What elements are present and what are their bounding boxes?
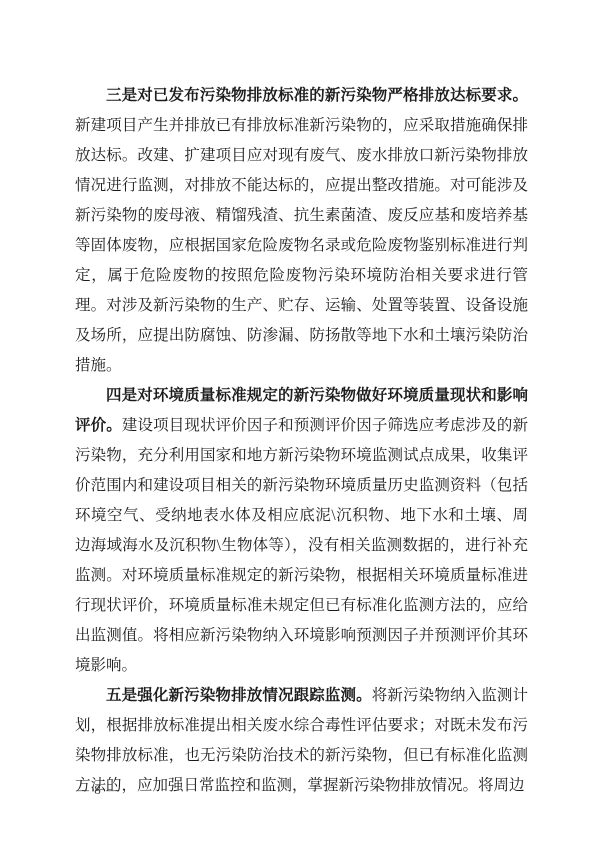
paragraph-5: 五是强化新污染物排放情况跟踪监测。将新污染物纳入监测计划，根据排放标准提出相关废… bbox=[75, 681, 528, 801]
document-page: 三是对已发布污染物排放标准的新污染物严格排放达标要求。新建项目产生并排放已有排放… bbox=[0, 0, 600, 849]
paragraph-3: 三是对已发布污染物排放标准的新污染物严格排放达标要求。新建项目产生并排放已有排放… bbox=[75, 81, 528, 381]
document-body: 三是对已发布污染物排放标准的新污染物严格排放达标要求。新建项目产生并排放已有排放… bbox=[75, 81, 528, 801]
page-number: — 8 — bbox=[76, 781, 120, 799]
paragraph-3-text: 新建项目产生并排放已有排放标准新污染物的，应采取措施确保排放达标。改建、扩建项目… bbox=[75, 117, 528, 374]
paragraph-4-text: 建设项目现状评价因子和预测评价因子筛选应考虑涉及的新污染物，充分利用国家和地方新… bbox=[75, 417, 528, 674]
paragraph-5-lead: 五是强化新污染物排放情况跟踪监测。 bbox=[106, 687, 372, 704]
paragraph-3-lead: 三是对已发布污染物排放标准的新污染物严格排放达标要求。 bbox=[106, 87, 528, 104]
paragraph-4: 四是对环境质量标准规定的新污染物做好环境质量现状和影响评价。建设项目现状评价因子… bbox=[75, 381, 528, 681]
